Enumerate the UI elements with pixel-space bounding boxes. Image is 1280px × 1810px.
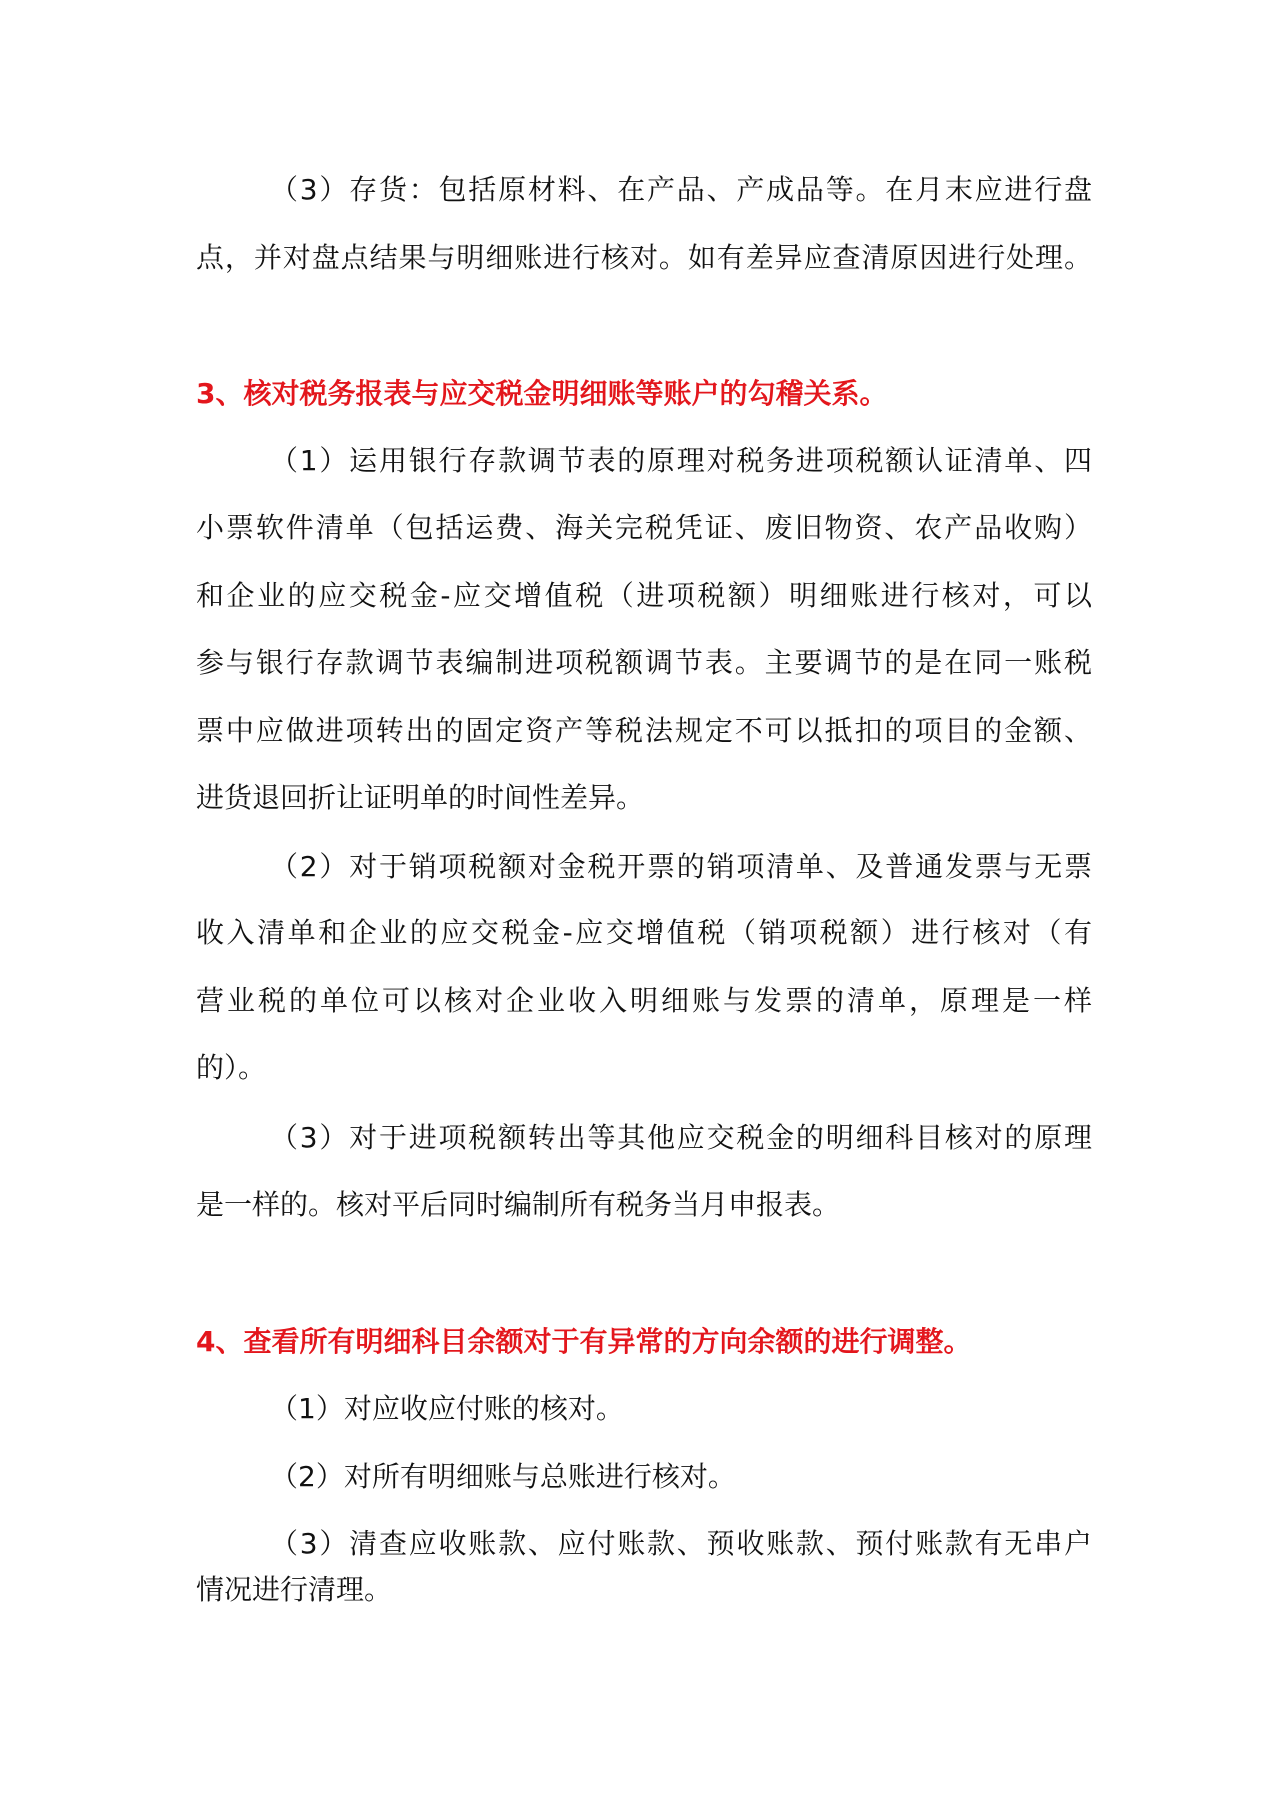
paragraph-line: 和企业的应交税金-应交增值税（进项税额）明细账进行核对，可以 <box>196 576 1092 616</box>
paragraph-line: （1）对应收应付账的核对。 <box>270 1389 1092 1429</box>
paragraph-line: 是一样的。核对平后同时编制所有税务当月申报表。 <box>196 1185 1092 1225</box>
paragraph-line: 营业税的单位可以核对企业收入明细账与发票的清单，原理是一样 <box>196 981 1092 1021</box>
paragraph-line: 小票软件清单（包括运费、海关完税凭证、废旧物资、农产品收购） <box>196 508 1092 548</box>
paragraph-line: （2）对所有明细账与总账进行核对。 <box>270 1457 1092 1497</box>
section-heading: 4、查看所有明细科目余额对于有异常的方向余额的进行调整。 <box>196 1322 1092 1362</box>
paragraph-line: 参与银行存款调节表编制进项税额调节表。主要调节的是在同一账税 <box>196 643 1092 683</box>
paragraph-line: （2）对于销项税额对金税开票的销项清单、及普通发票与无票 <box>270 847 1092 887</box>
section-heading: 3、核对税务报表与应交税金明细账等账户的勾稽关系。 <box>196 374 1092 414</box>
paragraph-line: （1）运用银行存款调节表的原理对税务进项税额认证清单、四 <box>270 441 1092 481</box>
paragraph-line: 收入清单和企业的应交税金-应交增值税（销项税额）进行核对（有 <box>196 913 1092 953</box>
paragraph-line: 的）。 <box>196 1048 1092 1088</box>
paragraph-line: 点，并对盘点结果与明细账进行核对。如有差异应查清原因进行处理。 <box>196 238 1092 278</box>
paragraph-line: 票中应做进项转出的固定资产等税法规定不可以抵扣的项目的金额、 <box>196 711 1092 751</box>
paragraph-line: （3）对于进项税额转出等其他应交税金的明细科目核对的原理 <box>270 1118 1092 1158</box>
paragraph-line: 进货退回折让证明单的时间性差异。 <box>196 778 1092 818</box>
paragraph-line: （3）存货：包括原材料、在产品、产成品等。在月末应进行盘 <box>270 170 1092 210</box>
paragraph-line: （3）清查应收账款、应付账款、预收账款、预付账款有无串户 <box>270 1524 1092 1564</box>
paragraph-line: 情况进行清理。 <box>196 1570 1092 1610</box>
document-page: （3）存货：包括原材料、在产品、产成品等。在月末应进行盘 点，并对盘点结果与明细… <box>0 0 1280 1810</box>
